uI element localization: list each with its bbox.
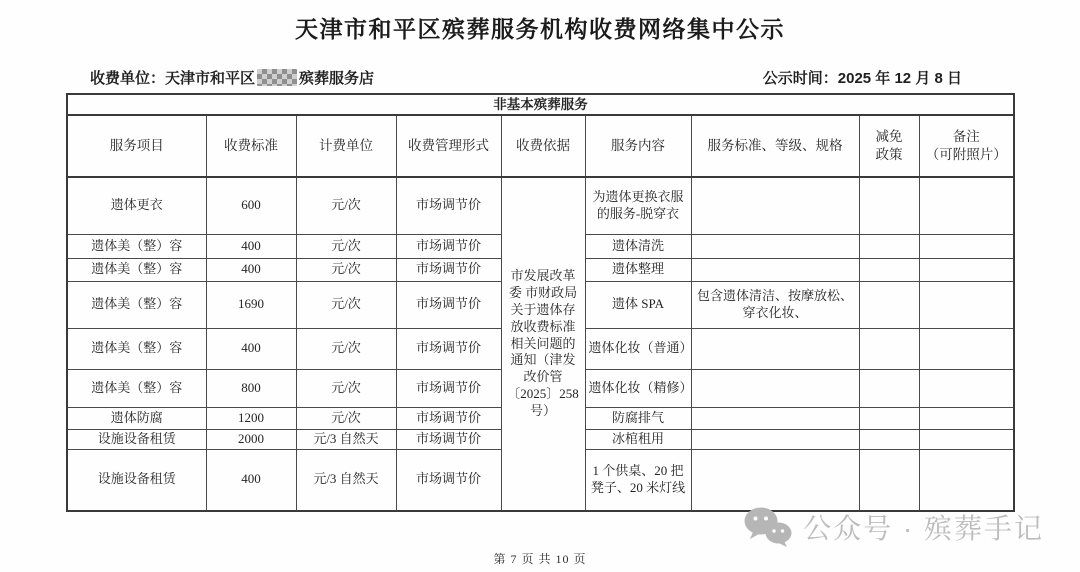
cell-service-item: 遗体美（整）容 xyxy=(67,328,206,369)
cell-billing-unit: 元/次 xyxy=(296,177,396,234)
cell-service-spec xyxy=(691,429,859,449)
cell-service-item: 设施设备租赁 xyxy=(67,449,206,511)
cell-remarks xyxy=(919,449,1014,511)
cell-fee-management: 市场调节价 xyxy=(396,369,501,407)
table-header-row: 服务项目 收费标准 计费单位 收费管理形式 收费依据 服务内容 服务标准、等级、… xyxy=(67,115,1014,177)
col-header-service-spec: 服务标准、等级、规格 xyxy=(691,115,859,177)
cell-fee-standard: 400 xyxy=(206,258,296,281)
watermark-text: 公众号 · 殡葬手记 xyxy=(803,507,1044,547)
cell-remarks xyxy=(919,281,1014,328)
cell-service-spec xyxy=(691,234,859,258)
meta-row: 收费单位：天津市和平区殡葬服务店 公示时间：2025 年 12 月 8 日 xyxy=(0,67,1080,88)
cell-service-content: 遗体化妆（精修） xyxy=(585,369,691,407)
page-title: 天津市和平区殡葬服务机构收费网络集中公示 xyxy=(0,0,1080,44)
cell-fee-standard: 2000 xyxy=(206,429,296,449)
cell-waiver-policy xyxy=(859,258,919,281)
cell-service-item: 遗体更衣 xyxy=(67,177,206,234)
cell-service-content: 为遗体更换衣服的服务-脱穿衣 xyxy=(585,177,691,234)
fee-unit-suffix: 殡葬服务店 xyxy=(299,70,374,87)
cell-billing-unit: 元/次 xyxy=(296,281,396,328)
col-header-remarks: 备注 （可附照片） xyxy=(919,115,1014,177)
col-header-service-item: 服务项目 xyxy=(67,115,206,177)
col-header-billing-unit: 计费单位 xyxy=(296,115,396,177)
table-section-row: 非基本殡葬服务 xyxy=(67,94,1014,115)
cell-billing-unit: 元/次 xyxy=(296,328,396,369)
fee-unit-prefix: 天津市和平区 xyxy=(165,70,255,87)
table-row: 遗体更衣 600 元/次 市场调节价 市发展改革委 市财政局关于遗体存放收费标准… xyxy=(67,177,1014,234)
cell-waiver-policy xyxy=(859,369,919,407)
cell-billing-unit: 元/次 xyxy=(296,258,396,281)
cell-service-content: 遗体清洗 xyxy=(585,234,691,258)
cell-fee-management: 市场调节价 xyxy=(396,258,501,281)
cell-fee-standard: 400 xyxy=(206,234,296,258)
page-number: 第 7 页 共 10 页 xyxy=(0,550,1080,567)
cell-service-content: 遗体 SPA xyxy=(585,281,691,328)
cell-service-content: 遗体化妆（普通） xyxy=(585,328,691,369)
cell-waiver-policy xyxy=(859,328,919,369)
col-header-waiver-policy: 减免 政策 xyxy=(859,115,919,177)
publish-time-line: 公示时间：2025 年 12 月 8 日 xyxy=(763,67,962,88)
cell-remarks xyxy=(919,369,1014,407)
cell-fee-standard: 400 xyxy=(206,449,296,511)
cell-fee-management: 市场调节价 xyxy=(396,328,501,369)
cell-service-item: 遗体防腐 xyxy=(67,407,206,429)
cell-service-spec: 包含遗体清洁、按摩放松、穿衣化妆、 xyxy=(691,281,859,328)
wechat-icon xyxy=(743,506,793,548)
cell-fee-management: 市场调节价 xyxy=(396,449,501,511)
col-header-fee-standard: 收费标准 xyxy=(206,115,296,177)
cell-fee-management: 市场调节价 xyxy=(396,407,501,429)
fee-table: 非基本殡葬服务 服务项目 收费标准 计费单位 收费管理形式 收费依据 服务内容 … xyxy=(66,93,1015,512)
cell-remarks xyxy=(919,258,1014,281)
cell-fee-management: 市场调节价 xyxy=(396,234,501,258)
cell-service-spec xyxy=(691,258,859,281)
cell-service-item: 设施设备租赁 xyxy=(67,429,206,449)
cell-service-spec xyxy=(691,177,859,234)
cell-billing-unit: 元/3 自然天 xyxy=(296,429,396,449)
cell-service-content: 防腐排气 xyxy=(585,407,691,429)
cell-billing-unit: 元/次 xyxy=(296,369,396,407)
cell-service-item: 遗体美（整）容 xyxy=(67,369,206,407)
cell-service-spec xyxy=(691,369,859,407)
cell-service-content: 1 个供桌、20 把凳子、20 米灯线 xyxy=(585,449,691,511)
cell-service-spec xyxy=(691,328,859,369)
cell-billing-unit: 元/次 xyxy=(296,407,396,429)
cell-remarks xyxy=(919,234,1014,258)
cell-fee-standard: 1200 xyxy=(206,407,296,429)
cell-service-item: 遗体美（整）容 xyxy=(67,281,206,328)
col-header-service-content: 服务内容 xyxy=(585,115,691,177)
cell-fee-standard: 400 xyxy=(206,328,296,369)
cell-service-spec xyxy=(691,407,859,429)
cell-fee-management: 市场调节价 xyxy=(396,429,501,449)
watermark: 公众号 · 殡葬手记 xyxy=(743,506,1044,548)
cell-waiver-policy xyxy=(859,177,919,234)
cell-fee-basis-merged: 市发展改革委 市财政局关于遗体存放收费标准相关问题的通知（津发改价管〔2025〕… xyxy=(501,177,585,511)
publish-time-label: 公示时间： xyxy=(763,70,838,87)
cell-service-item: 遗体美（整）容 xyxy=(67,258,206,281)
publish-time-value: 2025 年 12 月 8 日 xyxy=(838,70,962,87)
fee-unit-line: 收费单位：天津市和平区殡葬服务店 xyxy=(90,67,374,88)
cell-waiver-policy xyxy=(859,429,919,449)
cell-waiver-policy xyxy=(859,281,919,328)
fee-unit-label: 收费单位： xyxy=(90,70,165,87)
cell-waiver-policy xyxy=(859,407,919,429)
cell-waiver-policy xyxy=(859,234,919,258)
cell-waiver-policy xyxy=(859,449,919,511)
redacted-text-mosaic xyxy=(257,69,297,86)
cell-service-item: 遗体美（整）容 xyxy=(67,234,206,258)
cell-fee-standard: 1690 xyxy=(206,281,296,328)
document-page: 天津市和平区殡葬服务机构收费网络集中公示 收费单位：天津市和平区殡葬服务店 公示… xyxy=(0,0,1080,572)
cell-fee-standard: 600 xyxy=(206,177,296,234)
cell-fee-management: 市场调节价 xyxy=(396,281,501,328)
cell-fee-standard: 800 xyxy=(206,369,296,407)
table-section-title: 非基本殡葬服务 xyxy=(67,94,1014,115)
cell-billing-unit: 元/3 自然天 xyxy=(296,449,396,511)
col-header-fee-basis: 收费依据 xyxy=(501,115,585,177)
cell-remarks xyxy=(919,177,1014,234)
cell-remarks xyxy=(919,429,1014,449)
cell-remarks xyxy=(919,328,1014,369)
cell-service-content: 遗体整理 xyxy=(585,258,691,281)
cell-service-content: 冰棺租用 xyxy=(585,429,691,449)
col-header-fee-management: 收费管理形式 xyxy=(396,115,501,177)
cell-remarks xyxy=(919,407,1014,429)
cell-service-spec xyxy=(691,449,859,511)
cell-billing-unit: 元/次 xyxy=(296,234,396,258)
cell-fee-management: 市场调节价 xyxy=(396,177,501,234)
